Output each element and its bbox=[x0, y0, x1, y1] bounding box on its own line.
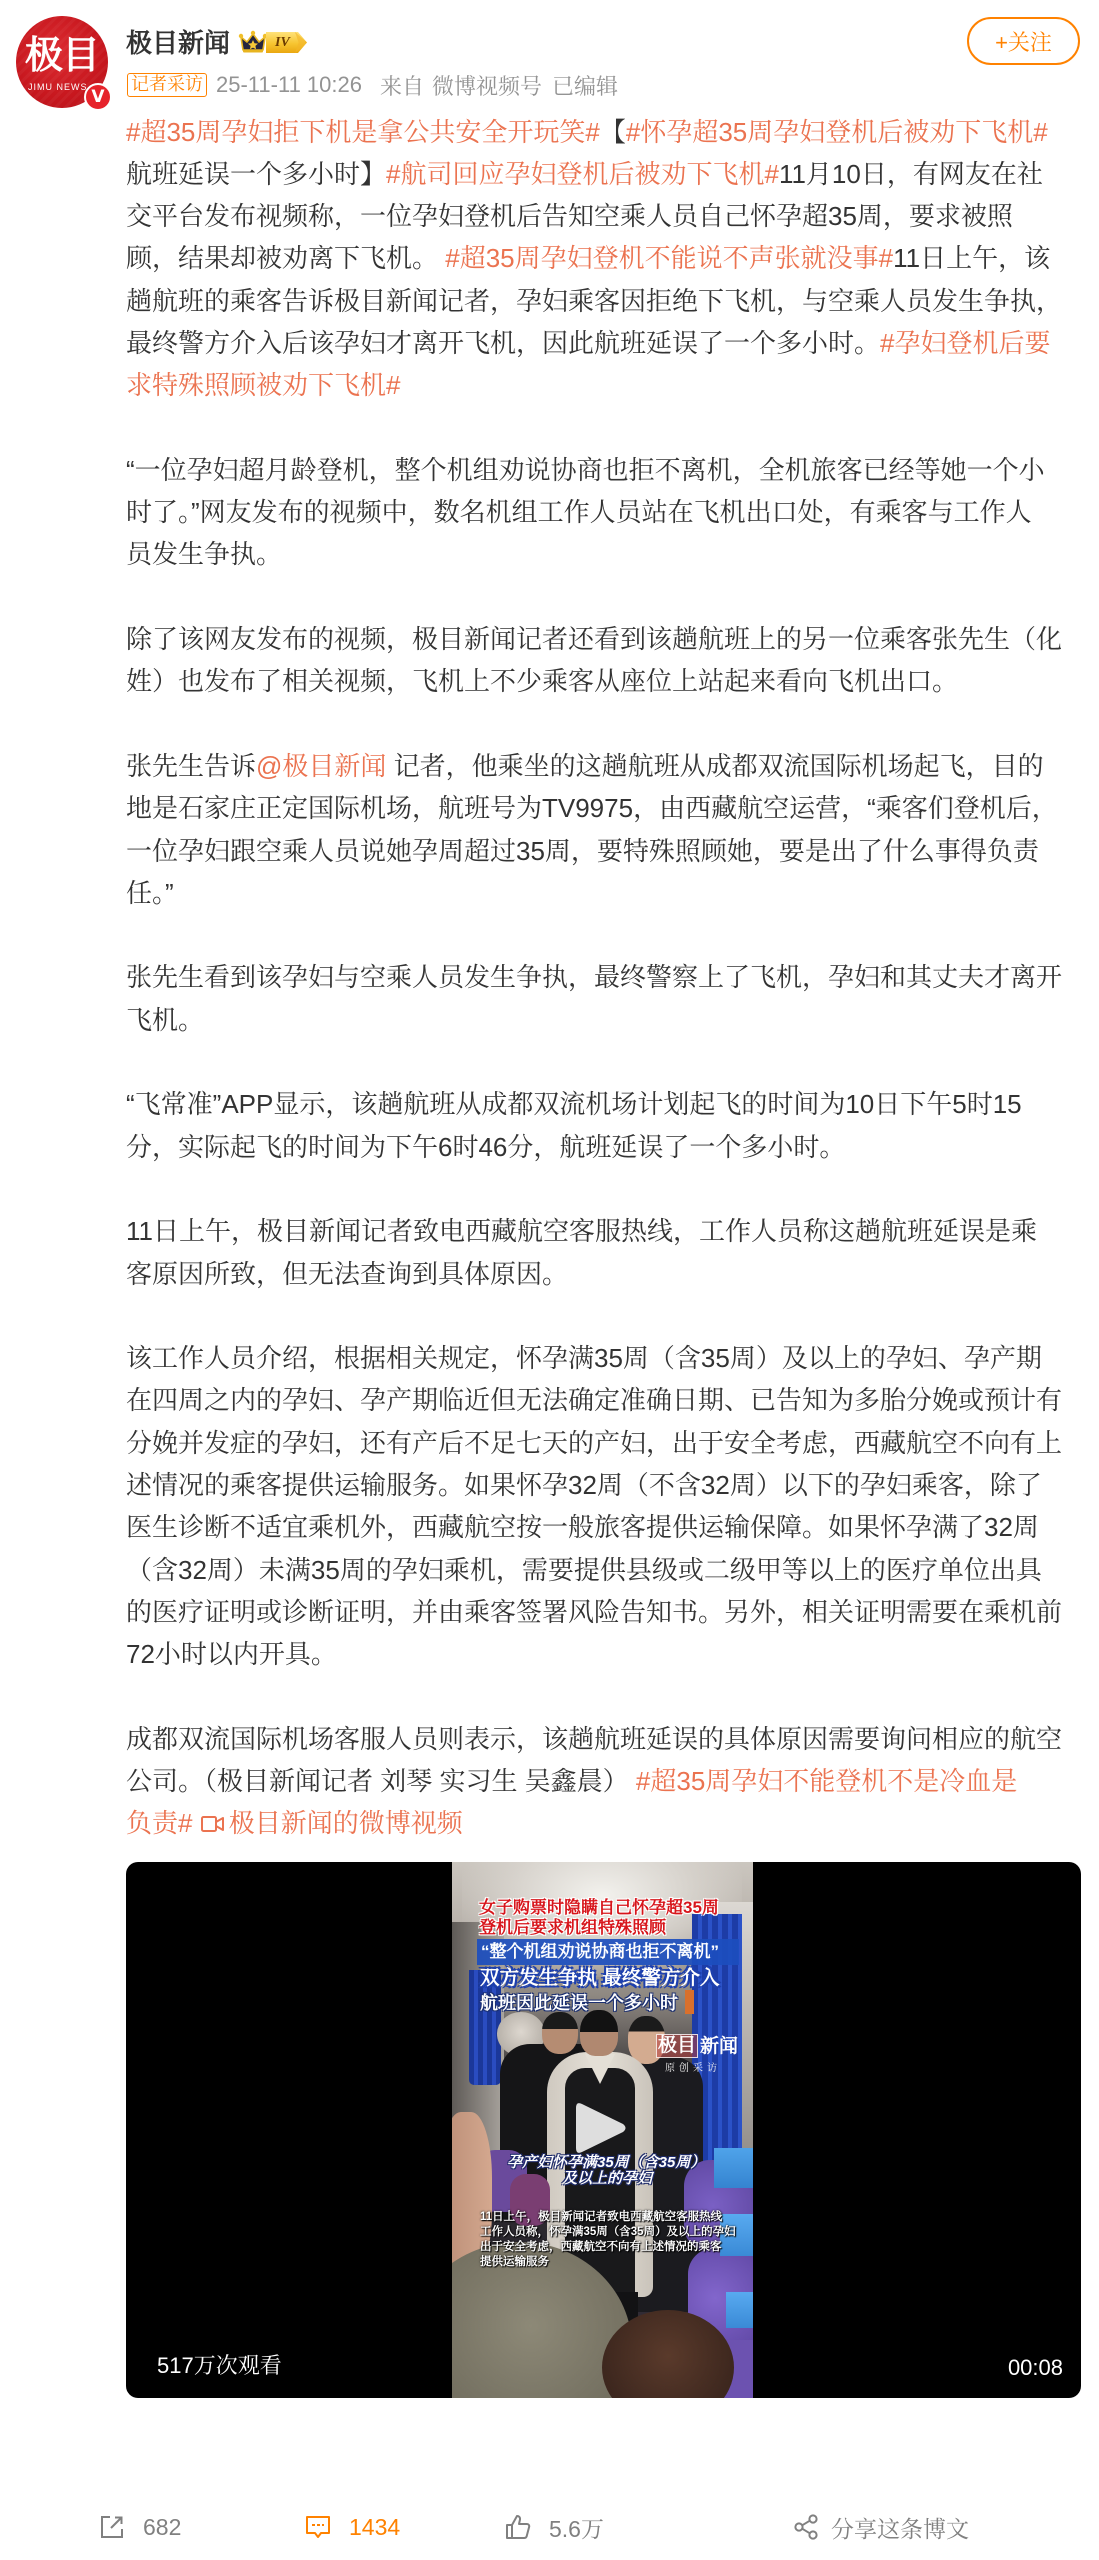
body-text: 地是石家庄正定国际机场，航班号为TV9975，由西藏航空运营，“乘客们登机后， bbox=[126, 793, 1058, 823]
follow-button[interactable]: +关注 bbox=[967, 17, 1080, 65]
scene-headrest-cover-1 bbox=[714, 2148, 753, 2188]
thumbnail-headline-line: 女子购票时隐瞒自己怀孕超35周 bbox=[479, 1898, 719, 1918]
repost-count: 682 bbox=[143, 2514, 181, 2541]
video-duration: 00:08 bbox=[1008, 2354, 1063, 2382]
text-line: “一位孕妇超月龄登机，整个机组劝说协商也拒不离机，全机旅客已经等她一个小 bbox=[126, 449, 1081, 491]
text-line: 求特殊照顾被劝下飞机# bbox=[126, 364, 1081, 406]
thumbnail-subtitle: 航班因此延误一个多小时 bbox=[480, 1992, 678, 2014]
view-count: 517万次观看 bbox=[157, 2352, 282, 2380]
thumbnail-note-line: 提供运输服务 bbox=[480, 2255, 549, 2270]
video-thumbnail[interactable]: 女子购票时隐瞒自己怀孕超35周 登机后要求机组特殊照顾 “整个机组劝说协商也拒不… bbox=[452, 1862, 753, 2398]
text-line: 述情况的乘客提供运输服务。如果怀孕32周（不含32周）以下的孕妇乘客，除了 bbox=[126, 1464, 1081, 1506]
scene-orange-panel bbox=[685, 1990, 694, 2014]
body-text: 的医疗证明或诊断证明，并由乘客签署风险告知书。另外，相关证明需要在乘机前 bbox=[126, 1597, 1062, 1627]
post-paragraph: 张先生看到该孕妇与空乘人员发生争执，最终警察上了飞机，孕妇和其丈夫才离开飞机。 bbox=[126, 956, 1081, 1041]
thumbs-up-icon bbox=[504, 2513, 532, 2541]
share-button[interactable]: 分享这条博文 bbox=[793, 2511, 969, 2543]
reporter-interview-badge: 记者采访 bbox=[127, 73, 207, 97]
mention-link[interactable]: @极目新闻 bbox=[256, 751, 386, 781]
text-line: 成都双流国际机场客服人员则表示，该趟航班延误的具体原因需要询问相应的航空 bbox=[126, 1718, 1081, 1760]
body-text: 交平台发布视频称，一位孕妇登机后告知空乘人员自己怀孕超35周，要求被照 bbox=[126, 201, 1013, 231]
text-line: 客原因所致，但无法查询到具体原因。 bbox=[126, 1253, 1081, 1295]
crown-icon[interactable] bbox=[238, 29, 268, 54]
post-paragraph: “一位孕妇超月龄登机，整个机组劝说协商也拒不离机，全机旅客已经等她一个小时了。”… bbox=[126, 449, 1081, 576]
text-line: 张先生告诉@极目新闻 记者，他乘坐的这趟航班从成都双流国际机场起飞，目的 bbox=[126, 745, 1081, 787]
text-line: 11日上午，极目新闻记者致电西藏航空客服热线，工作人员称这趟航班延误是乘 bbox=[126, 1210, 1081, 1252]
text-line: 飞机。 bbox=[126, 999, 1081, 1041]
text-line: 员发生争执。 bbox=[126, 533, 1081, 575]
text-line: 72小时以内开具。 bbox=[126, 1633, 1081, 1675]
text-line: 最终警方介入后该孕妇才离开飞机，因此航班延误了一个多小时。#孕妇登机后要 bbox=[126, 322, 1081, 364]
text-line: 趟航班的乘客告诉极目新闻记者，孕妇乘客因拒绝下飞机，与空乘人员发生争执， bbox=[126, 280, 1081, 322]
text-line: “飞常准”APP显示，该趟航班从成都双流机场计划起飞的时间为10日下午5时15 bbox=[126, 1083, 1081, 1125]
text-line: 除了该网友发布的视频，极目新闻记者还看到该趟航班上的另一位乘客张先生（化 bbox=[126, 618, 1081, 660]
text-line: （含32周）未满35周的孕妇乘机，需要提供县级或二级甲等以上的医疗单位出具 bbox=[126, 1549, 1081, 1591]
body-text: 成都双流国际机场客服人员则表示，该趟航班延误的具体原因需要询问相应的航空 bbox=[126, 1724, 1062, 1754]
text-line: 医生诊断不适宜乘机外，西藏航空按一般旅客提供运输保障。如果怀孕满了32周 bbox=[126, 1506, 1081, 1548]
body-text: （含32周）未满35周的孕妇乘机，需要提供县级或二级甲等以上的医疗单位出具 bbox=[126, 1555, 1042, 1585]
body-text: 公司。（极目新闻记者 刘琴 实习生 吴鑫晨） bbox=[126, 1766, 636, 1796]
text-line: 公司。（极目新闻记者 刘琴 实习生 吴鑫晨） #超35周孕妇不能登机不是冷血是 bbox=[126, 1760, 1081, 1802]
body-text: 趟航班的乘客告诉极目新闻记者，孕妇乘客因拒绝下飞机，与空乘人员发生争执， bbox=[126, 286, 1062, 316]
like-button[interactable]: 5.6万 bbox=[504, 2511, 604, 2543]
thumbnail-note-line: 出于安全考虑，西藏航空不向有上述情况的乘客 bbox=[480, 2240, 722, 2255]
body-text: “飞常准”APP显示，该趟航班从成都双流机场计划起飞的时间为10日下午5时15 bbox=[126, 1089, 1022, 1119]
watermark-logo-box: 极目 bbox=[656, 2034, 698, 2058]
body-text: 除了该网友发布的视频，极目新闻记者还看到该趟航班上的另一位乘客张先生（化 bbox=[126, 624, 1062, 654]
body-text bbox=[192, 1808, 199, 1838]
text-line: 分，实际起飞的时间为下午6时46分，航班延误了一个多小时。 bbox=[126, 1126, 1081, 1168]
scene-headrest-cover-3 bbox=[726, 2292, 753, 2328]
member-level-badge[interactable]: IV bbox=[266, 32, 307, 53]
body-text: 张先生告诉 bbox=[126, 751, 256, 781]
post-paragraph: 成都双流国际机场客服人员则表示，该趟航班延误的具体原因需要询问相应的航空公司。（… bbox=[126, 1718, 1081, 1845]
body-text: 该工作人员介绍，根据相关规定，怀孕满35周（含35周）及以上的孕妇、孕产期 bbox=[126, 1343, 1042, 1373]
video-icon bbox=[200, 1804, 226, 1824]
thumbnail-note-line: 工作人员称，怀孕满35周（含35周）及以上的孕妇 bbox=[480, 2225, 736, 2240]
post-paragraph: 张先生告诉@极目新闻 记者，他乘坐的这趟航班从成都双流国际机场起飞，目的地是石家… bbox=[126, 745, 1081, 914]
thumbnail-note-line: 11日上午，极目新闻记者致电西藏航空客服热线 bbox=[480, 2210, 722, 2225]
body-text: 客原因所致，但无法查询到具体原因。 bbox=[126, 1259, 568, 1289]
post-paragraph: 11日上午，极目新闻记者致电西藏航空客服热线，工作人员称这趟航班延误是乘客原因所… bbox=[126, 1210, 1081, 1295]
text-line: 负责# 极目新闻的微博视频 bbox=[126, 1802, 1081, 1844]
text-line: 姓）也发布了相关视频，飞机上不少乘客从座位上站起来看向飞机出口。 bbox=[126, 660, 1081, 702]
text-line: #超35周孕妇拒下机是拿公共安全开玩笑#【#怀孕超35周孕妇登机后被劝下飞机# bbox=[126, 111, 1081, 153]
body-text: 员发生争执。 bbox=[126, 539, 282, 569]
share-icon bbox=[793, 2514, 819, 2540]
text-line: 张先生看到该孕妇与空乘人员发生争执，最终警察上了飞机，孕妇和其丈夫才离开 bbox=[126, 956, 1081, 998]
thumbnail-caption-line: 孕产妇怀孕满35周（含35周） bbox=[507, 2155, 705, 2171]
post-paragraph: 该工作人员介绍，根据相关规定，怀孕满35周（含35周）及以上的孕妇、孕产期在四周… bbox=[126, 1337, 1081, 1675]
body-text: 述情况的乘客提供运输服务。如果怀孕32周（不含32周）以下的孕妇乘客，除了 bbox=[126, 1470, 1042, 1500]
body-text: 姓）也发布了相关视频，飞机上不少乘客从座位上站起来看向飞机出口。 bbox=[126, 666, 958, 696]
thumbnail-quote-band: “整个机组劝说协商也拒不离机” bbox=[477, 1939, 739, 1965]
text-line: 顾，结果却被劝离下飞机。 #超35周孕妇登机不能说不声张就没事#11日上午，该 bbox=[126, 237, 1081, 279]
scene-person-black-head bbox=[542, 2012, 578, 2054]
text-line: 一位孕妇跟空乘人员说她孕周超过35周，要特殊照顾她，要是出了什么事得负责 bbox=[126, 830, 1081, 872]
topic-link[interactable]: #超35周孕妇不能登机不是冷血是 bbox=[636, 1766, 1017, 1796]
text-line: 分娩并发症的孕妇，还有产后不足七天的产妇，出于安全考虑，西藏航空不向有上 bbox=[126, 1422, 1081, 1464]
repost-button[interactable]: 682 bbox=[98, 2511, 181, 2543]
post-meta: 记者采访 25-11-11 10:26 来自 微博视频号 已编辑 bbox=[127, 72, 618, 98]
text-line: 的医疗证明或诊断证明，并由乘客签署风险告知书。另外，相关证明需要在乘机前 bbox=[126, 1591, 1081, 1633]
body-text: 最终警方介入后该孕妇才离开飞机，因此航班延误了一个多小时。 bbox=[126, 328, 880, 358]
play-icon[interactable] bbox=[574, 2100, 628, 2156]
body-text: 72小时以内开具。 bbox=[126, 1639, 337, 1669]
thumbnail-subtitle: 双方发生争执 最终警方介入 bbox=[480, 1965, 719, 1991]
watermark-subtitle: 原创采访 bbox=[665, 2059, 721, 2074]
member-level-text: IV bbox=[275, 33, 290, 52]
body-text: 在四周之内的孕妇、孕产期临近但无法确定准确日期、已告知为多胎分娩或预计有 bbox=[126, 1385, 1062, 1415]
topic-link[interactable]: #航司回应孕妇登机后被劝下飞机# bbox=[386, 159, 779, 189]
topic-link[interactable]: 负责# bbox=[126, 1808, 192, 1838]
text-line: 航班延误一个多小时】#航司回应孕妇登机后被劝下飞机#11月10日，有网友在社 bbox=[126, 153, 1081, 195]
verified-badge-icon: V bbox=[84, 83, 112, 111]
topic-link[interactable]: #怀孕超35周孕妇登机后被劝下飞机# bbox=[626, 117, 1048, 147]
thumbnail-caption-line: 及以上的孕妇 bbox=[562, 2171, 652, 2187]
text-line: 交平台发布视频称，一位孕妇登机后告知空乘人员自己怀孕超35周，要求被照 bbox=[126, 195, 1081, 237]
body-text: 一位孕妇跟空乘人员说她孕周超过35周，要特殊照顾她，要是出了什么事得负责 bbox=[126, 836, 1039, 866]
edited-label[interactable]: 已编辑 bbox=[552, 70, 618, 101]
body-text: 11月10日，有网友在社 bbox=[779, 159, 1043, 189]
post-timestamp[interactable]: 25-11-11 10:26 bbox=[216, 72, 362, 98]
video-source-label: 极目新闻的微博视频 bbox=[229, 1808, 463, 1838]
username[interactable]: 极目新闻 bbox=[126, 28, 230, 58]
body-text: 医生诊断不适宜乘机外，西藏航空按一般旅客提供运输保障。如果怀孕满了32周 bbox=[126, 1512, 1039, 1542]
comment-count: 1434 bbox=[349, 2514, 400, 2541]
comment-icon bbox=[304, 2513, 332, 2541]
scene-vest-man-head bbox=[580, 2010, 618, 2056]
body-text: 11日上午，极目新闻记者致电西藏航空客服热线，工作人员称这趟航班延误是乘 bbox=[126, 1216, 1037, 1246]
source-link[interactable]: 微博视频号 bbox=[432, 70, 542, 101]
body-text: 任。” bbox=[126, 878, 174, 908]
body-text: 顾，结果却被劝离下飞机。 bbox=[126, 243, 445, 273]
thumbnail-headline-line: 登机后要求机组特殊照顾 bbox=[479, 1918, 666, 1938]
source-prefix: 来自 bbox=[380, 70, 424, 101]
repost-icon bbox=[98, 2513, 126, 2541]
body-text: 分，实际起飞的时间为下午6时46分，航班延误了一个多小时。 bbox=[126, 1132, 845, 1162]
body-text: 【 bbox=[600, 117, 626, 147]
topic-link[interactable]: #超35周孕妇登机不能说不声张就没事# bbox=[445, 243, 893, 273]
body-text: 航班延误一个多小时】 bbox=[126, 159, 386, 189]
post-body: #超35周孕妇拒下机是拿公共安全开玩笑#【#怀孕超35周孕妇登机后被劝下飞机#航… bbox=[126, 111, 1081, 1887]
text-line: 任。” bbox=[126, 872, 1081, 914]
topic-link[interactable]: 求特殊照顾被劝下飞机# bbox=[126, 370, 400, 400]
body-text: 飞机。 bbox=[126, 1005, 204, 1035]
like-count: 5.6万 bbox=[549, 2511, 604, 2544]
text-line: 地是石家庄正定国际机场，航班号为TV9975，由西藏航空运营，“乘客们登机后， bbox=[126, 787, 1081, 829]
body-text: 11日上午，该 bbox=[893, 243, 1050, 273]
text-line: 该工作人员介绍，根据相关规定，怀孕满35周（含35周）及以上的孕妇、孕产期 bbox=[126, 1337, 1081, 1379]
post-paragraph: “飞常准”APP显示，该趟航班从成都双流机场计划起飞的时间为10日下午5时15分… bbox=[126, 1083, 1081, 1168]
avatar-logo-text: 极目 bbox=[16, 33, 108, 77]
body-text: 分娩并发症的孕妇，还有产后不足七天的产妇，出于安全考虑，西藏航空不向有上 bbox=[126, 1428, 1062, 1458]
text-line: 时了。”网友发布的视频中，数名机组工作人员站在飞机出口处，有乘客与工作人 bbox=[126, 491, 1081, 533]
post-paragraph: 除了该网友发布的视频，极目新闻记者还看到该趟航班上的另一位乘客张先生（化姓）也发… bbox=[126, 618, 1081, 703]
video-source-link[interactable]: 极目新闻的微博视频 bbox=[200, 1808, 463, 1838]
post-paragraph: #超35周孕妇拒下机是拿公共安全开玩笑#【#怀孕超35周孕妇登机后被劝下飞机#航… bbox=[126, 111, 1081, 407]
body-text: “一位孕妇超月龄登机，整个机组劝说协商也拒不离机，全机旅客已经等她一个小 bbox=[126, 455, 1045, 485]
watermark-logo-title: 新闻 bbox=[700, 2035, 738, 2057]
text-line: 在四周之内的孕妇、孕产期临近但无法确定准确日期、已告知为多胎分娩或预计有 bbox=[126, 1379, 1081, 1421]
body-text: 张先生看到该孕妇与空乘人员发生争执，最终警察上了飞机，孕妇和其丈夫才离开 bbox=[126, 962, 1062, 992]
topic-link[interactable]: #超35周孕妇拒下机是拿公共安全开玩笑# bbox=[126, 117, 600, 147]
video-player[interactable]: 女子购票时隐瞒自己怀孕超35周 登机后要求机组特殊照顾 “整个机组劝说协商也拒不… bbox=[126, 1862, 1081, 2398]
body-text: 记者，他乘坐的这趟航班从成都双流国际机场起飞，目的 bbox=[386, 751, 1043, 781]
topic-link[interactable]: #孕妇登机后要 bbox=[880, 328, 1050, 358]
share-label: 分享这条博文 bbox=[831, 2511, 969, 2544]
thumbnail-watermark: 极目 新闻 bbox=[656, 2034, 738, 2058]
body-text: 时了。”网友发布的视频中，数名机组工作人员站在飞机出口处，有乘客与工作人 bbox=[126, 497, 1032, 527]
avatar-logo-subtext: JIMU NEWS bbox=[28, 82, 88, 93]
comment-button[interactable]: 1434 bbox=[304, 2511, 400, 2543]
